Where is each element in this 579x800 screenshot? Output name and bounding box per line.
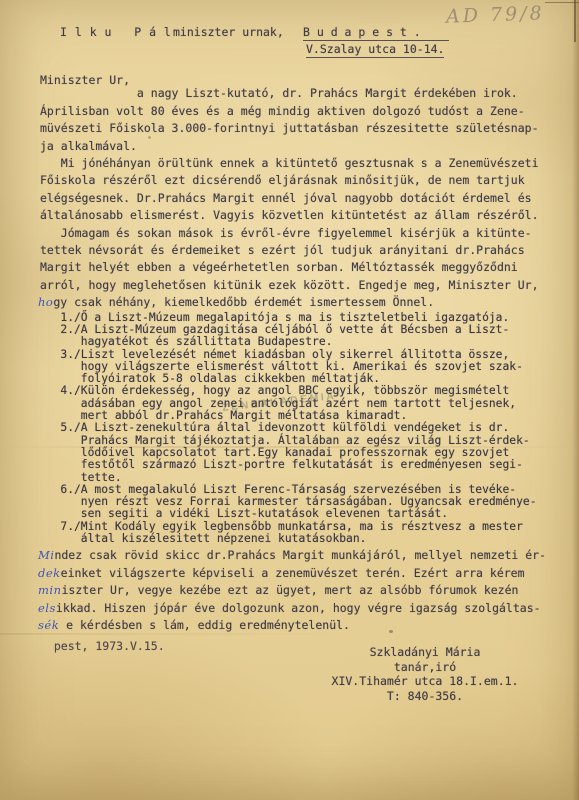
text-line: 5./A Liszt-zenekultúra által idevonzott … bbox=[40, 422, 562, 434]
text-line: Mindez csak rövid skicc dr.Prahács Margi… bbox=[40, 547, 562, 565]
blue-ink-correction: dek bbox=[38, 566, 61, 580]
text-line: arról, hogy meglehetősen kitünik ezek kö… bbox=[40, 277, 562, 294]
typed-text: einket világszerte képviseli a zenemüvés… bbox=[61, 566, 525, 580]
typed-text: iszter Ur, vegye kezébe ezt az ügyet, me… bbox=[62, 583, 519, 597]
opening-paragraph: a nagy Liszt-kutató, dr. Prahács Margit … bbox=[40, 85, 562, 155]
text-line: miniszter Ur, vegye kezébe ezt az ügyet,… bbox=[40, 582, 562, 600]
scan-edge-line bbox=[574, 0, 576, 42]
text-line: elsikkad. Hiszen jópár éve dolgozunk azo… bbox=[40, 600, 562, 618]
typed-text: gy csak néhány, kiemelkedőbb érdemét ism… bbox=[53, 295, 434, 309]
paragraph-praise: Mi jónéhányan örültünk ennek a kitüntető… bbox=[40, 155, 562, 225]
signature-block: Szkladányi Mária tanár,iró XIV.Tihamér u… bbox=[325, 645, 525, 703]
archive-number-pencil-note: AD 79/8 bbox=[446, 2, 545, 27]
signature-address: XIV.Tihamér utca 18.I.em.1. bbox=[325, 674, 525, 689]
text-line: 4./Külön érdekesség, hogy az angol BBC e… bbox=[40, 385, 562, 397]
text-line: általánosabb elismerést. Vagyis közvetle… bbox=[40, 207, 562, 224]
recipient-city: B u d a p e s t . bbox=[303, 25, 449, 41]
blue-ink-correction: els bbox=[38, 601, 56, 615]
letter-body: Miniszter Ur, a nagy Liszt-kutató, dr. P… bbox=[40, 72, 562, 655]
text-line: tettek névsorát és érdemeiket s ezért jó… bbox=[40, 242, 562, 259]
text-line: által kiszélesitett népzenei kutatásokba… bbox=[40, 533, 562, 545]
text-line: hogy csak néhány, kiemelkedőbb érdemét i… bbox=[40, 294, 562, 311]
text-line: Áprilisban volt 80 éves és a még mindig … bbox=[40, 103, 562, 120]
signature-phone: T: 840-356. bbox=[325, 689, 525, 704]
text-line: dekeinket világszerte képviseli a zenemü… bbox=[40, 565, 562, 583]
scan-edge-line bbox=[545, 2, 579, 3]
blue-ink-correction: ho bbox=[38, 295, 53, 309]
text-line: festőtől származó Liszt-portre felkutatá… bbox=[40, 459, 562, 471]
blue-ink-correction: min bbox=[38, 583, 62, 597]
text-line: Margit helyét ebben a végeérhetetlen sor… bbox=[40, 259, 562, 276]
numbered-merit-list: 1./Ő a Liszt-Múzeum megalapitója s ma is… bbox=[40, 312, 562, 546]
typed-text: e kérdésben s lám, eddig eredménytelenül… bbox=[59, 618, 350, 632]
recipient-name: I l k u P á l bbox=[60, 25, 171, 39]
text-line: Jómagam és sokan mások is évről-évre fig… bbox=[40, 225, 562, 242]
text-line: hagyatékot és szállittata Budapestre. bbox=[40, 336, 562, 348]
closing-paragraph: Mindez csak rövid skicc dr.Prahács Margi… bbox=[40, 547, 562, 635]
blue-ink-correction: Mi bbox=[38, 548, 54, 562]
signature-role: tanár,iró bbox=[325, 660, 525, 675]
paper-edge-shading bbox=[572, 0, 579, 800]
text-line: Mi jónéhányan örültünk ennek a kitüntető… bbox=[40, 155, 562, 172]
text-line: sen segiti a vidéki Liszt-kutatások elev… bbox=[40, 508, 562, 520]
typed-text: ndez csak rövid skicc dr.Prahács Margit … bbox=[54, 548, 546, 562]
text-line: müvészeti Főiskola 3.000-forintnyi jutta… bbox=[40, 120, 562, 137]
text-line: ja alkalmával. bbox=[40, 138, 562, 155]
paragraph-merits: Jómagam és sokan mások is évről-évre fig… bbox=[40, 225, 562, 312]
letter-page: AD 79/8 I l k u P á l miniszter urnak, B… bbox=[0, 0, 579, 800]
text-line: elégségesnek. Dr.Prahács Margit ennél jó… bbox=[40, 190, 562, 207]
blue-ink-correction: sék bbox=[38, 618, 59, 632]
signature-name: Szkladányi Mária bbox=[325, 645, 525, 660]
text-line: sék e kérdésben s lám, eddig eredménytel… bbox=[40, 617, 562, 635]
recipient-title: miniszter urnak, bbox=[173, 25, 284, 39]
text-line: tette. bbox=[40, 472, 562, 484]
text-line: a nagy Liszt-kutató, dr. Prahács Margit … bbox=[40, 85, 562, 102]
recipient-street: V.Szalay utca 10-14. bbox=[306, 42, 444, 58]
text-line: Főiskola részéről ezt dicsérendő eljárás… bbox=[40, 172, 562, 189]
typed-text: ikkad. Hiszen jópár éve dolgozunk azon, … bbox=[56, 601, 541, 615]
